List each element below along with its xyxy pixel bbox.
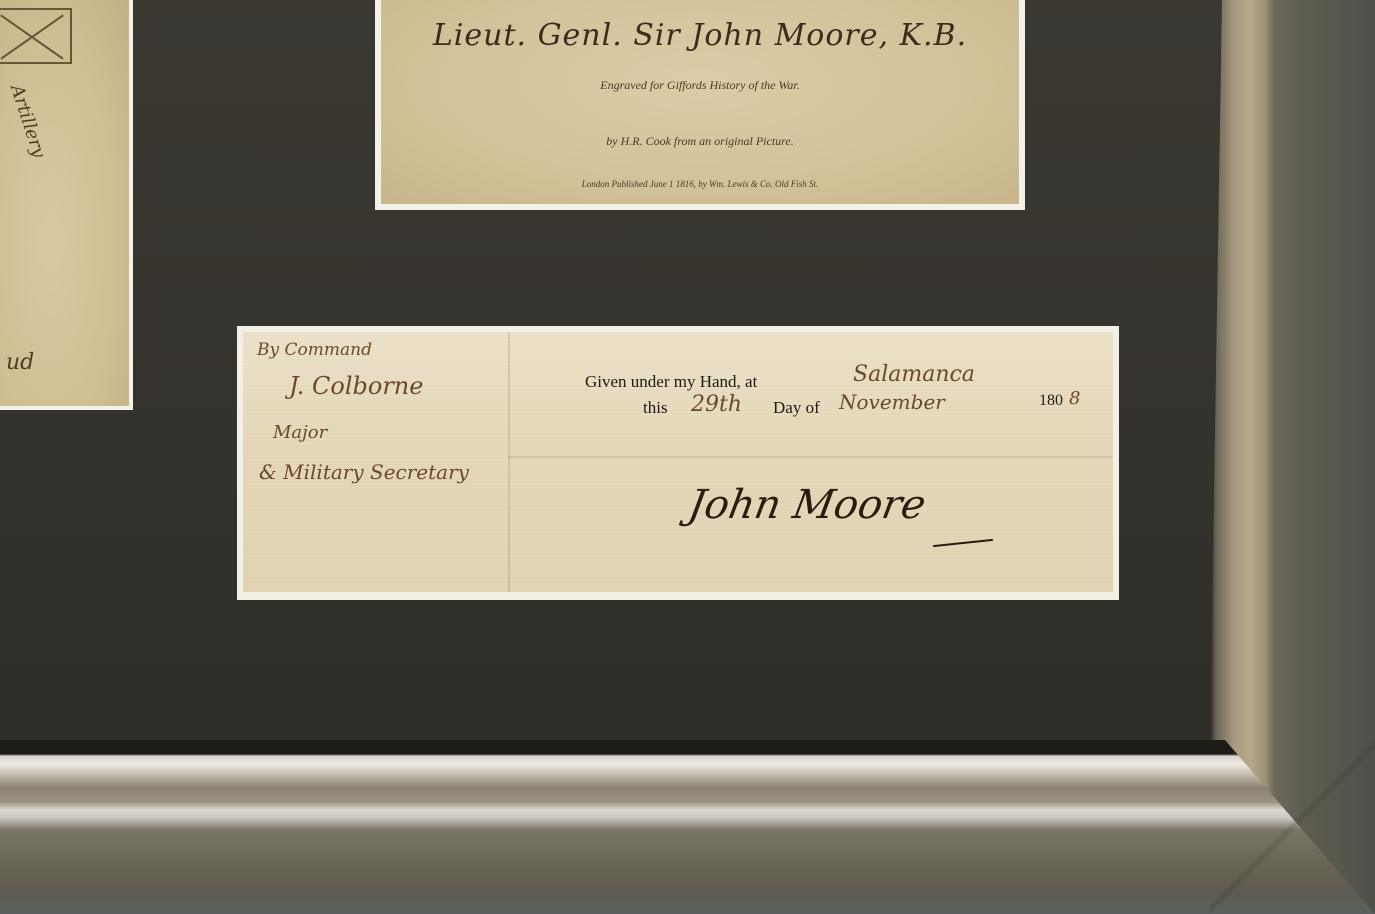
countersign-title: & Military Secretary [259,460,469,484]
countersign-name: J. Colborne [289,372,423,400]
year-handwritten: 8 [1069,388,1080,409]
day-handwritten: 29th [691,392,742,417]
frame-moulding-bottom [0,740,1375,914]
engraving-title: Lieut. Genl. Sir John Moore, K.B. [381,18,1019,53]
left-document: Artillery ud [0,0,133,410]
place-handwritten: Salamanca [853,362,975,387]
engraving-paper: Lieut. Genl. Sir John Moore, K.B. Engrav… [381,0,1019,204]
fold-line-horizontal [508,456,1113,458]
printed-given-under: Given under my Hand, at [585,372,757,392]
printed-this: this [643,398,668,418]
signed-document-paper: By Command J. Colborne Major & Military … [243,332,1113,592]
margin-note: Artillery [6,82,49,160]
countersign-by-command: By Command [257,340,372,360]
text-fragment: ud [6,350,34,375]
engraving-attribution: by H.R. Cook from an original Picture. [381,134,1019,149]
left-document-paper: Artillery ud [0,0,129,406]
countersign-rank: Major [273,422,327,443]
sketch-diagram [0,8,72,64]
engraving-subtitle: Engraved for Giffords History of the War… [381,78,1019,93]
printed-year: 180 [1039,392,1063,410]
month-handwritten: November [839,390,945,414]
engraving-caption: Lieut. Genl. Sir John Moore, K.B. Engrav… [375,0,1025,210]
signed-document: By Command J. Colborne Major & Military … [237,326,1119,600]
signature: John Moore [685,482,929,528]
engraving-publisher: London Published June 1 1816, by Wm. Lew… [381,179,1019,189]
fold-line-vertical [508,332,510,592]
printed-day-of: Day of [773,398,820,418]
frame-mitre-corner [1210,740,1375,914]
signature-underline [933,539,993,547]
